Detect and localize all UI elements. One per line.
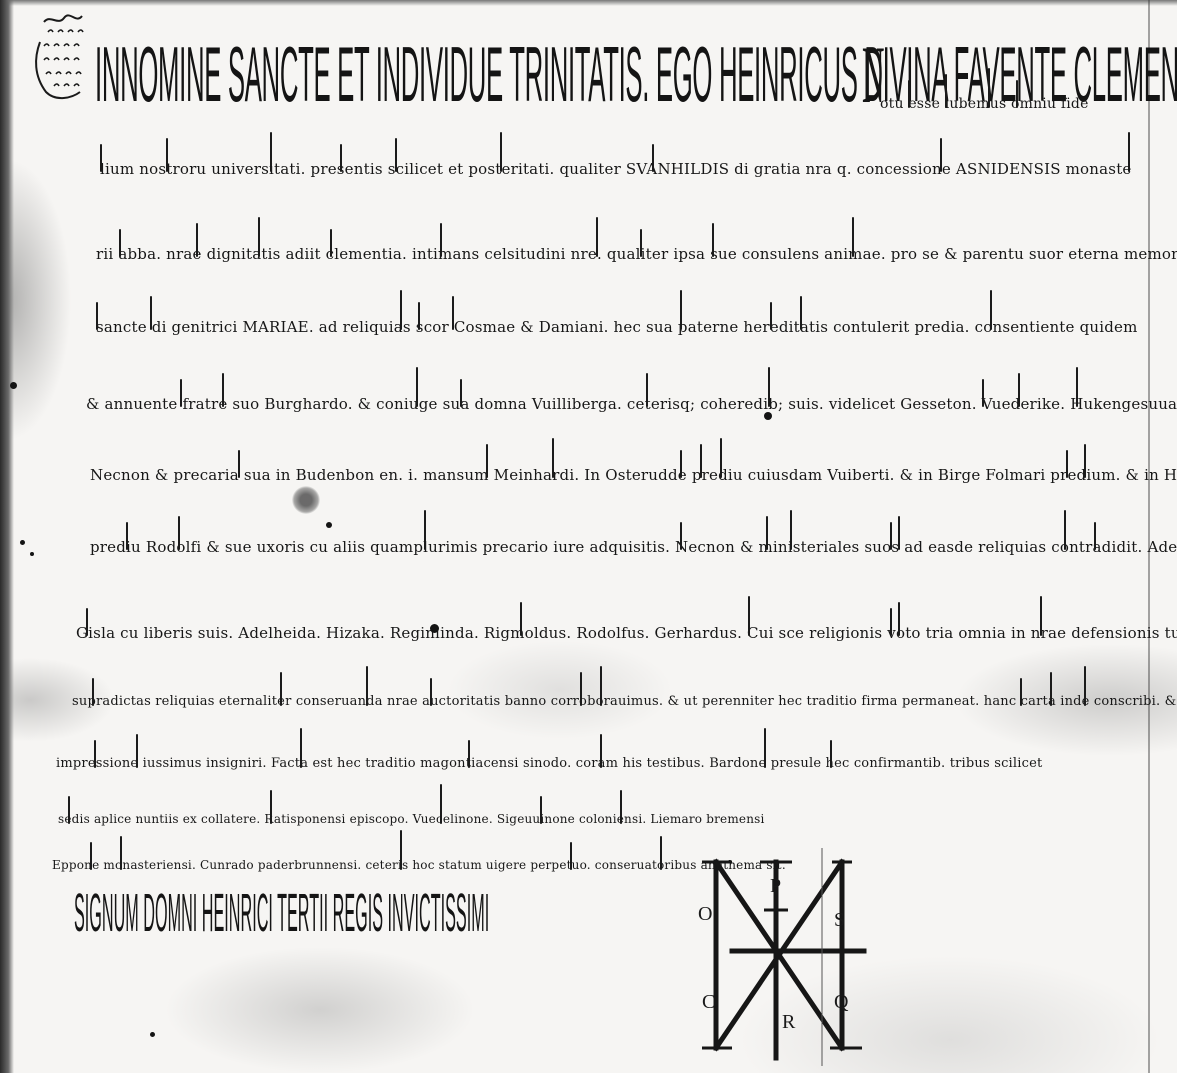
ink-blot <box>430 624 439 633</box>
ascender-stroke <box>100 144 102 172</box>
ascender-stroke <box>652 144 654 172</box>
ascender-stroke <box>898 602 900 636</box>
ascender-stroke <box>486 444 488 478</box>
ascender-stroke <box>1066 450 1068 478</box>
royal-monogram: P O S C R Q <box>676 848 886 1066</box>
ascender-stroke <box>720 438 722 478</box>
seal-stain <box>292 486 320 514</box>
ascender-stroke <box>270 790 272 824</box>
ascender-stroke <box>1076 367 1078 407</box>
ascender-stroke <box>238 450 240 478</box>
text-line-9: impressione iussimus insigniri. Facta es… <box>56 756 1042 771</box>
ascender-stroke <box>540 796 542 824</box>
ascender-stroke <box>460 379 462 407</box>
ascender-stroke <box>452 296 454 330</box>
text-line-5: Necnon & precaria sua in Budenbon en. i.… <box>90 466 1177 484</box>
ascender-stroke <box>92 678 94 706</box>
ascender-stroke <box>440 223 442 257</box>
text-line-10: sedis aplice nuntiis ex collatere. Ratis… <box>58 812 765 826</box>
ink-blot <box>20 540 25 545</box>
ascender-stroke <box>852 217 854 257</box>
monogram-letter-q: Q <box>834 991 849 1013</box>
text-line-3: sancte di genitrici MARIAE. ad reliquias… <box>96 318 1138 336</box>
monogram-letter-c: C <box>702 991 715 1013</box>
ascender-stroke <box>945 74 947 108</box>
ascender-stroke <box>366 666 368 706</box>
ascender-stroke <box>96 302 98 330</box>
ascender-stroke <box>222 373 224 407</box>
ascender-stroke <box>1018 373 1020 407</box>
ascender-stroke <box>660 836 662 870</box>
ascender-stroke <box>126 522 128 550</box>
ascender-stroke <box>1050 672 1052 706</box>
ascender-stroke <box>596 217 598 257</box>
ascender-stroke <box>766 516 768 550</box>
ascender-stroke <box>94 740 96 768</box>
ascender-stroke <box>418 302 420 330</box>
signum-line: SIGNUM DOMNI HEINRICI TERTII REGIS INVIC… <box>74 886 434 940</box>
ascender-stroke <box>1084 444 1086 478</box>
ascender-stroke <box>580 672 582 706</box>
text-line-0: otu esse iubemus omniu fide <box>880 96 1089 112</box>
ascender-stroke <box>1040 596 1042 636</box>
monogram-letter-r: R <box>782 1011 796 1033</box>
ascender-stroke <box>764 728 766 768</box>
right-margin-rule <box>1148 0 1150 1073</box>
ascender-stroke <box>712 223 714 257</box>
monogram-letter-s: S <box>834 909 845 931</box>
ascender-stroke <box>424 510 426 550</box>
ascender-stroke <box>68 796 70 824</box>
ascender-stroke <box>395 138 397 172</box>
ink-blot <box>326 522 332 528</box>
ascender-stroke <box>940 138 942 172</box>
ascender-stroke <box>680 450 682 478</box>
ascender-stroke <box>416 367 418 407</box>
ink-blot <box>30 552 34 556</box>
ascender-stroke <box>150 296 152 330</box>
ascender-stroke <box>120 836 122 870</box>
ascender-stroke <box>1020 678 1022 706</box>
ascender-stroke <box>90 842 92 870</box>
ascender-stroke <box>620 790 622 824</box>
ascender-stroke <box>790 510 792 550</box>
ascender-stroke <box>890 522 892 550</box>
ascender-stroke <box>890 608 892 636</box>
ascender-stroke <box>270 132 272 172</box>
ascender-stroke <box>600 666 602 706</box>
ascender-stroke <box>770 302 772 330</box>
ascender-stroke <box>600 734 602 768</box>
text-line-8: supradictas reliquias eternaliter conser… <box>72 694 1177 709</box>
monogram-letter-o: O <box>698 903 712 925</box>
ink-blot <box>10 382 17 389</box>
text-line-6: prediu Rodolfi & sue uxoris cu aliis qua… <box>90 538 1177 556</box>
ascender-stroke <box>748 596 750 636</box>
ascender-stroke <box>1128 132 1130 172</box>
elongata-protocol: INNOMINE SANCTE ET INDIVIDUE TRINITATIS.… <box>95 34 834 114</box>
ascender-stroke <box>119 229 121 257</box>
ascender-stroke <box>908 80 910 108</box>
ascender-stroke <box>1094 522 1096 550</box>
ascender-stroke <box>680 290 682 330</box>
ascender-stroke <box>520 602 522 636</box>
ascender-stroke <box>800 296 802 330</box>
ascender-stroke <box>400 290 402 330</box>
ascender-stroke <box>468 740 470 768</box>
ascender-stroke <box>430 678 432 706</box>
ascender-stroke <box>196 223 198 257</box>
ascender-stroke <box>982 379 984 407</box>
ascender-stroke <box>1084 666 1086 706</box>
ascender-stroke <box>570 842 572 870</box>
ascender-stroke <box>258 217 260 257</box>
chrismon-icon <box>30 12 88 104</box>
ascender-stroke <box>646 373 648 407</box>
ascender-stroke <box>178 516 180 550</box>
text-line-1: lium nostroru universitati. presentis sc… <box>100 160 1132 178</box>
ascender-stroke <box>180 379 182 407</box>
ascender-stroke <box>300 728 302 768</box>
ascender-stroke <box>680 522 682 550</box>
ink-blot <box>150 1032 155 1037</box>
text-line-7: Gisla cu liberis suis. Adelheida. Hizaka… <box>76 624 1177 642</box>
ascender-stroke <box>990 290 992 330</box>
ascender-stroke <box>640 229 642 257</box>
ascender-stroke <box>330 229 332 257</box>
ascender-stroke <box>1016 80 1018 108</box>
ascender-stroke <box>1064 510 1066 550</box>
ascender-stroke <box>988 68 990 108</box>
ascender-stroke <box>166 138 168 172</box>
scan-left-edge <box>0 0 14 1073</box>
monogram-letter-p: P <box>770 875 781 897</box>
ascender-stroke <box>830 740 832 768</box>
scan-top-edge <box>0 0 1177 6</box>
ascender-stroke <box>86 608 88 636</box>
ascender-stroke <box>898 516 900 550</box>
ascender-stroke <box>440 784 442 824</box>
ascender-stroke <box>768 367 770 407</box>
ascender-stroke <box>700 444 702 478</box>
text-line-4: & annuente fratre suo Burghardo. & coniu… <box>86 395 1177 413</box>
ascender-stroke <box>280 672 282 706</box>
ascender-stroke <box>400 830 402 870</box>
ascender-stroke <box>340 144 342 172</box>
ascender-stroke <box>136 734 138 768</box>
ascender-stroke <box>500 132 502 172</box>
ascender-stroke <box>552 438 554 478</box>
ink-blot <box>764 412 772 420</box>
